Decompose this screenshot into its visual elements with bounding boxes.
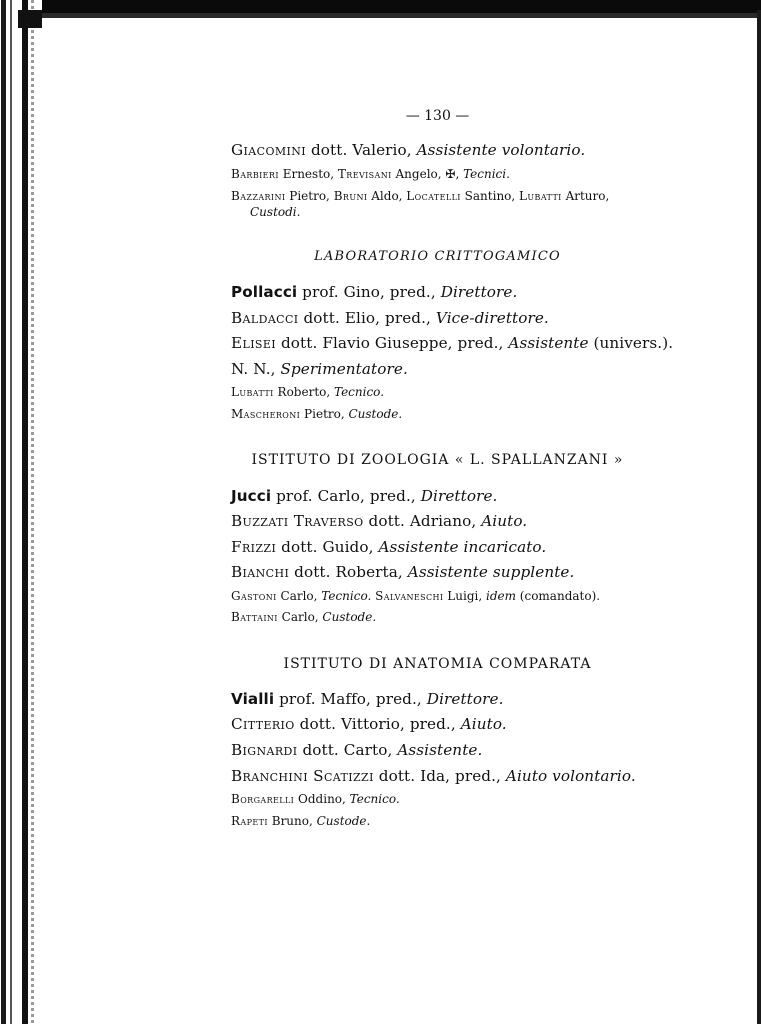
surname: Vialli [231, 690, 274, 708]
entry-text: dott. Roberta, [289, 563, 408, 581]
surname: Bruni [334, 189, 368, 203]
surname: Pollacci [231, 283, 297, 301]
surname: Branchini Scatizzi [231, 767, 374, 785]
entry-line: Mascheroni Pietro, Custode. [231, 407, 402, 421]
entry-text: Arturo, [562, 189, 610, 203]
entry-text: dott. Flavio Giuseppe, pred., [276, 334, 508, 352]
surname: Locatelli [406, 189, 461, 203]
entry-text: , [271, 360, 281, 378]
entry-text: Oddino, [294, 792, 349, 806]
entry-line: Baldacci dott. Elio, pred., Vice-diretto… [231, 309, 549, 327]
entry-line: Rapeti Bruno, Custode. [231, 814, 370, 828]
role: Aiuto. [461, 715, 507, 733]
role: Assistente. [397, 741, 482, 759]
entry-line: Branchini Scatizzi dott. Ida, pred., Aiu… [231, 767, 636, 785]
entry-line: Bignardi dott. Carto, Assistente. [231, 741, 482, 759]
surname: Jucci [231, 487, 271, 505]
role: Direttore. [421, 487, 498, 505]
section-heading: ISTITUTO DI ZOOLOGIA « L. SPALLANZANI » [0, 452, 761, 468]
surname: Borgarelli [231, 792, 294, 806]
surname: Lubatti [519, 189, 562, 203]
surname: Bianchi [231, 563, 289, 581]
document-page: — 130 — Giacomini dott. Valerio, Assiste… [0, 0, 761, 1024]
entry-suffix: (univers.). [589, 334, 674, 352]
entry-text: Carlo, [277, 589, 322, 603]
entry-text: dott. Vittorio, pred., [295, 715, 461, 733]
entry-text: prof. Maffo, pred., [274, 690, 427, 708]
surname: Giacomini [231, 141, 306, 159]
surname: Bignardi [231, 741, 298, 759]
surname: Citterio [231, 715, 295, 733]
entry-line: N. N., Sperimentatore. [231, 360, 408, 378]
entry-line: Bazzarini Pietro, Bruni Aldo, Locatelli … [231, 189, 609, 203]
entry-text: dott. Carto, [298, 741, 398, 759]
section-heading: ISTITUTO DI ANATOMIA COMPARATA [0, 656, 761, 672]
entry-line: Battaini Carlo, Custode. [231, 610, 376, 624]
entry-text: dott. Elio, pred., [299, 309, 436, 327]
entry-text: prof. Carlo, pred., [271, 487, 421, 505]
surname: Mascheroni [231, 407, 300, 421]
role: Assistente [508, 334, 588, 352]
surname: Frizzi [231, 538, 276, 556]
surname: Baldacci [231, 309, 299, 327]
entry-line: Gastoni Carlo, Tecnico. Salvaneschi Luig… [231, 589, 600, 603]
role: Assistente supplente. [408, 563, 575, 581]
surname: N. N. [231, 360, 271, 378]
entry-text: Santino, [461, 189, 519, 203]
surname: Buzzati Traverso [231, 512, 364, 530]
entry-text: dott. Ida, pred., [374, 767, 506, 785]
section-heading: LABORATORIO CRITTOGAMICO [0, 249, 761, 264]
entry-line: Buzzati Traverso dott. Adriano, Aiuto. [231, 512, 527, 530]
role: Tecnico. [321, 589, 371, 603]
role: Tecnico. [350, 792, 400, 806]
role: Custodi. [250, 205, 300, 219]
surname: Salvaneschi [375, 589, 443, 603]
role: Tecnici. [463, 167, 510, 181]
entry-line: Lubatti Roberto, Tecnico. [231, 385, 384, 399]
surname: Trevisani [338, 167, 392, 181]
entry-text: Luigi, [443, 589, 486, 603]
entry-line: Jucci prof. Carlo, pred., Direttore. [231, 487, 497, 505]
role: Custode. [317, 814, 371, 828]
role: Assistente volontario. [417, 141, 586, 159]
role: Aiuto volontario. [506, 767, 636, 785]
role: Custode. [322, 610, 376, 624]
surname: Lubatti [231, 385, 274, 399]
entry-line: Giacomini dott. Valerio, Assistente volo… [231, 141, 585, 159]
entry-text: Angelo, ✠, [392, 167, 463, 181]
entry-suffix: (comandato). [516, 589, 600, 603]
entry-text: dott. Valerio, [306, 141, 417, 159]
entry-line: Barbieri Ernesto, Trevisani Angelo, ✠, T… [231, 167, 510, 181]
role: Sperimentatore. [280, 360, 407, 378]
entry-text: Pietro, [300, 407, 348, 421]
surname: Gastoni [231, 589, 277, 603]
entry-text: dott. Guido, [276, 538, 378, 556]
entry-text: dott. Adriano, [364, 512, 482, 530]
entry-line: Borgarelli Oddino, Tecnico. [231, 792, 400, 806]
entry-text: Pietro, [285, 189, 333, 203]
role: Direttore. [441, 283, 518, 301]
entry-text: Aldo, [367, 189, 406, 203]
role: Custode. [348, 407, 402, 421]
entry-line: Citterio dott. Vittorio, pred., Aiuto. [231, 715, 507, 733]
role: Direttore. [427, 690, 504, 708]
entry-text: Carlo, [278, 610, 323, 624]
entry-line: Elisei dott. Flavio Giuseppe, pred., Ass… [231, 334, 673, 352]
entry-text: prof. Gino, pred., [297, 283, 440, 301]
entry-line: Frizzi dott. Guido, Assistente incaricat… [231, 538, 546, 556]
role: Aiuto. [481, 512, 527, 530]
surname: Barbieri [231, 167, 279, 181]
page-number: — 130 — [0, 108, 761, 124]
role: Vice-direttore. [436, 309, 549, 327]
surname: Elisei [231, 334, 276, 352]
entry-line: Bianchi dott. Roberta, Assistente supple… [231, 563, 574, 581]
role: Tecnico. [334, 385, 384, 399]
surname: Rapeti [231, 814, 268, 828]
surname: Battaini [231, 610, 278, 624]
surname: Bazzarini [231, 189, 285, 203]
entry-text: Ernesto, [279, 167, 338, 181]
entry-text: Bruno, [268, 814, 317, 828]
entry-text: Roberto, [274, 385, 334, 399]
role: idem [486, 589, 516, 603]
role: Assistente incaricato. [378, 538, 546, 556]
entry-line: Vialli prof. Maffo, pred., Direttore. [231, 690, 504, 708]
entry-line: Pollacci prof. Gino, pred., Direttore. [231, 283, 517, 301]
